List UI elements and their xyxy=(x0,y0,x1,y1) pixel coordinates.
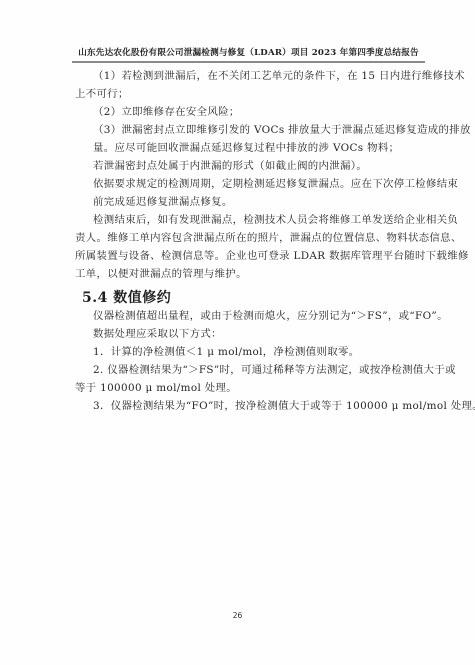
header-divider xyxy=(72,61,425,63)
paragraph-line: 3．仪器检测结果为“FO”时，按净检测值大于或等于 100000 μ mol/m… xyxy=(93,400,475,412)
paragraph-line: 量。应尽可能回收泄漏点延迟修复过程中排放的涉 VOCs 物料； xyxy=(93,142,399,154)
paragraph-line: 数据处理应采取以下方式： xyxy=(93,328,222,340)
paragraph-line: （2）立即维修存在安全风险； xyxy=(93,106,240,118)
paragraph-line: 责人。维修工单内容包含泄漏点所在的照片，泄漏点的位置信息、物料状态信息、 xyxy=(75,232,462,244)
paragraph-line: 仪器检测值超出量程，或由于检测而熄火，应分别记为“＞FS”，或“FO”。 xyxy=(93,310,448,322)
section-heading: 5.4 数值修约 xyxy=(82,287,171,307)
page-number: 26 xyxy=(0,611,475,620)
paragraph-line: 若泄漏密封点处属于内泄漏的形式（如截止阀的内泄漏）。 xyxy=(93,160,367,172)
paragraph-line: 工单，以便对泄漏点的管理与维护。 xyxy=(75,268,247,280)
paragraph-line: 检测结束后，如有发现泄漏点，检测技术人员会将维修工单发送给企业相关负 xyxy=(93,214,458,226)
paragraph-line: （1）若检测到泄漏后，在不关闭工艺单元的条件下，在 15 日内进行维修技术 xyxy=(93,70,465,82)
paragraph-line: （3）泄漏密封点立即维修引发的 VOCs 排放量大于泄漏点延迟修复造成的排放 xyxy=(93,124,471,136)
paragraph-line: 上不可行； xyxy=(75,88,129,100)
paragraph-line: 1．计算的净检测值＜1 μ mol/mol，净检测值则取零。 xyxy=(93,346,359,358)
document-page: 山东先达农化股份有限公司泄漏检测与修复（LDAR）项目 2023 年第四季度总结… xyxy=(0,0,475,665)
paragraph-line: 依据要求规定的检测周期，定期检测延迟修复泄漏点。应在下次停工检修结束 xyxy=(93,178,458,190)
paragraph-line: 等于 100000 μ mol/mol 处理。 xyxy=(75,382,237,394)
paragraph-line: 所属装置与设备、检测信息等。企业也可登录 LDAR 数据库管理平台随时下载维修 xyxy=(75,250,469,262)
paragraph-line: 前完成延迟修复泄漏点修复。 xyxy=(93,196,233,208)
paragraph-line: 2. 仪器检测结果为“＞FS”时，可通过稀释等方法测定，或按净检测值大于或 xyxy=(93,364,456,376)
page-header: 山东先达农化股份有限公司泄漏检测与修复（LDAR）项目 2023 年第四季度总结… xyxy=(72,46,425,58)
